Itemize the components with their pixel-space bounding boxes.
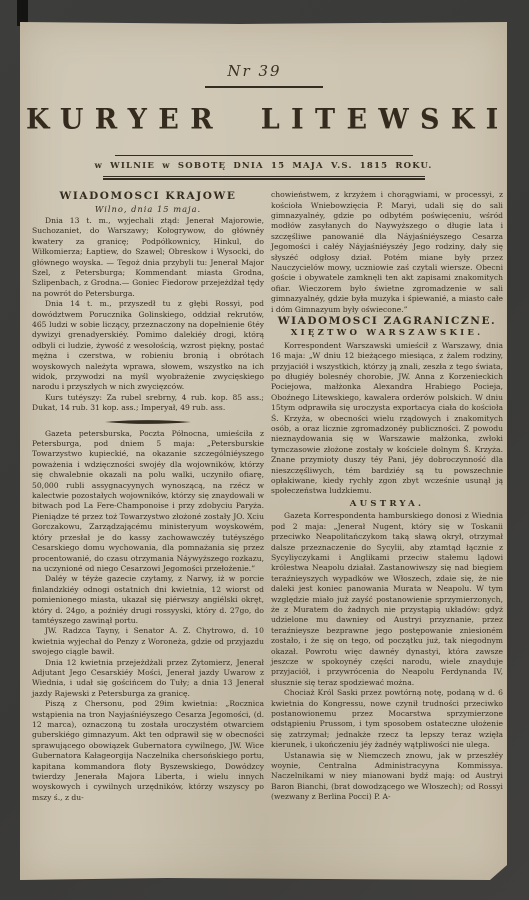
article-paragraph: Chociaż Król Saski przez powtórną notę, … (271, 688, 503, 750)
exchange-rate-paragraph: Kurs tutéyszy: Za rubel srebrny, 4 rub. … (32, 393, 264, 414)
article-paragraph: Gazeta petersburska, Poczta Północna, um… (32, 429, 264, 575)
subsection-header-duchy-of-warsaw: XIĘZTWO WARSZAWSKIE. (271, 328, 503, 338)
article-columns: WIADOMOSCI KRAJOWE Wilno, dnia 15 maja. … (20, 180, 507, 803)
continuation-paragraph: chowieństwem, z krzyżem i chorągwiami, w… (271, 190, 503, 315)
article-paragraph: Dnia 14 t. m., przyszedł tu z głębi Ross… (32, 299, 264, 393)
article-paragraph: Daléy w téyże gazecie czytamy, z Narwy, … (32, 574, 264, 626)
section-header-foreign-news: WIADOMOSCI ZAGRANICZNE. (271, 316, 503, 326)
issue-number: Nr 39 (2, 62, 507, 80)
column-dateline-wilno: Wilno, dnia 15 maja. (32, 204, 264, 214)
swelled-rule-divider (105, 418, 191, 426)
masthead: Nr 39 KURYER LITEWSKI w WILNIE w SOBOTĘ … (20, 22, 507, 180)
newspaper-page: Nr 39 KURYER LITEWSKI w WILNIE w SOBOTĘ … (20, 22, 507, 880)
article-paragraph: Ustanawia się w Niemczech znowu, jak w p… (271, 751, 503, 803)
issue-dateline: w WILNIE w SOBOTĘ DNIA 15 MAJA V.S. 1815… (20, 161, 507, 171)
right-column: chowieństwem, z krzyżem i chorągwiami, w… (271, 190, 503, 803)
article-paragraph: JW. Radzca Tayny, i Senator A. Z. Chytro… (32, 626, 264, 657)
newspaper-title: KURYER LITEWSKI (26, 103, 507, 135)
subsection-header-austria: AUSTRYA. (271, 499, 503, 509)
section-header-domestic-news: WIADOMOSCI KRAJOWE (32, 191, 264, 201)
article-paragraph: Korrespondent Warszawski umieścił z Wars… (271, 341, 503, 497)
article-paragraph: Dnia 13 t. m., wyjechali ztąd: Jenerał M… (32, 216, 264, 299)
article-paragraph: Piszą z Chersonu, pod 29im kwietnia: „Ro… (32, 699, 264, 803)
article-paragraph: Dnia 12 kwietnia przejeżdżali przez Zyto… (32, 658, 264, 700)
rule-above-dateline (115, 155, 413, 157)
rule-under-issue-number (205, 86, 323, 88)
left-column: WIADOMOSCI KRAJOWE Wilno, dnia 15 maja. … (32, 190, 264, 803)
article-paragraph: Gazeta Korrespondenta hamburskiego donos… (271, 511, 503, 688)
